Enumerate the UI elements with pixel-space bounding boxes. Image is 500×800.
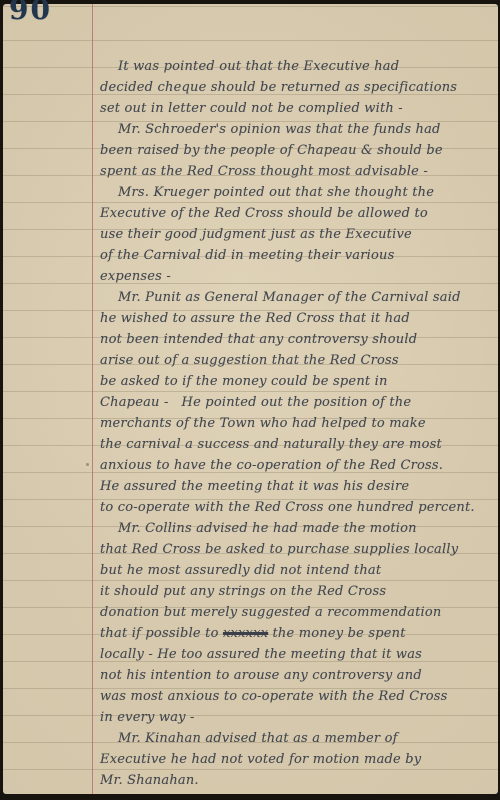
handwritten-line: donation but merely suggested a recommen…: [100, 602, 486, 623]
red-margin-line: [92, 4, 93, 794]
handwritten-line: Mr. Collins advised he had made the moti…: [100, 518, 486, 539]
handwritten-line: but he most assuredly did not intend tha…: [100, 560, 486, 581]
handwritten-line: the carnival a success and naturally the…: [100, 434, 486, 455]
handwritten-line: Executive he had not voted for motion ma…: [100, 749, 486, 770]
ink-speck: [86, 463, 89, 466]
handwriting-block: It was pointed out that the Executive ha…: [100, 56, 486, 791]
handwritten-line: set out in letter could not be complied …: [100, 98, 486, 119]
handwritten-line: it should put any strings on the Red Cro…: [100, 581, 486, 602]
handwritten-line: spent as the Red Cross thought most advi…: [100, 161, 486, 182]
handwritten-line: that if possible to xxxxxx the money be …: [100, 623, 486, 644]
handwritten-line: use their good judgment just as the Exec…: [100, 224, 486, 245]
handwritten-line: in every way -: [100, 707, 486, 728]
handwritten-line: was most anxious to co-operate with the …: [100, 686, 486, 707]
handwritten-line: merchants of the Town who had helped to …: [100, 413, 486, 434]
handwritten-line: Chapeau - He pointed out the position of…: [100, 392, 486, 413]
handwritten-line: expenses -: [100, 266, 486, 287]
handwritten-line: Mr. Schroeder's opinion was that the fun…: [100, 119, 486, 140]
handwritten-line: been raised by the people of Chapeau & s…: [100, 140, 486, 161]
handwritten-line: arise out of a suggestion that the Red C…: [100, 350, 486, 371]
handwritten-line: locally - He too assured the meeting tha…: [100, 644, 486, 665]
ledger-page-photo: 90 It was pointed out that the Executive…: [0, 0, 500, 800]
handwritten-line: He assured the meeting that it was his d…: [100, 476, 486, 497]
handwritten-line: decided cheque should be returned as spe…: [100, 77, 486, 98]
handwritten-line: he wished to assure the Red Cross that i…: [100, 308, 486, 329]
handwritten-line: Mr. Kinahan advised that as a member of: [100, 728, 486, 749]
handwritten-line: Mr. Shanahan.: [100, 770, 486, 791]
handwritten-line: Mr. Punit as General Manager of the Carn…: [100, 287, 486, 308]
handwritten-line: Executive of the Red Cross should be all…: [100, 203, 486, 224]
handwritten-line: It was pointed out that the Executive ha…: [100, 56, 486, 77]
handwritten-line: that Red Cross be asked to purchase supp…: [100, 539, 486, 560]
handwritten-line: to co-operate with the Red Cross one hun…: [100, 497, 486, 518]
handwritten-line: Mrs. Krueger pointed out that she though…: [100, 182, 486, 203]
handwritten-line: be asked to if the money could be spent …: [100, 371, 486, 392]
handwritten-line: not been intended that any controversy s…: [100, 329, 486, 350]
handwritten-line: anxious to have the co-operation of the …: [100, 455, 486, 476]
handwritten-line: not his intention to arouse any controve…: [100, 665, 486, 686]
page-number: 90: [9, 0, 52, 26]
scribbled-out-word: xxxxxx: [223, 626, 268, 641]
handwritten-line: of the Carnival did in meeting their var…: [100, 245, 486, 266]
